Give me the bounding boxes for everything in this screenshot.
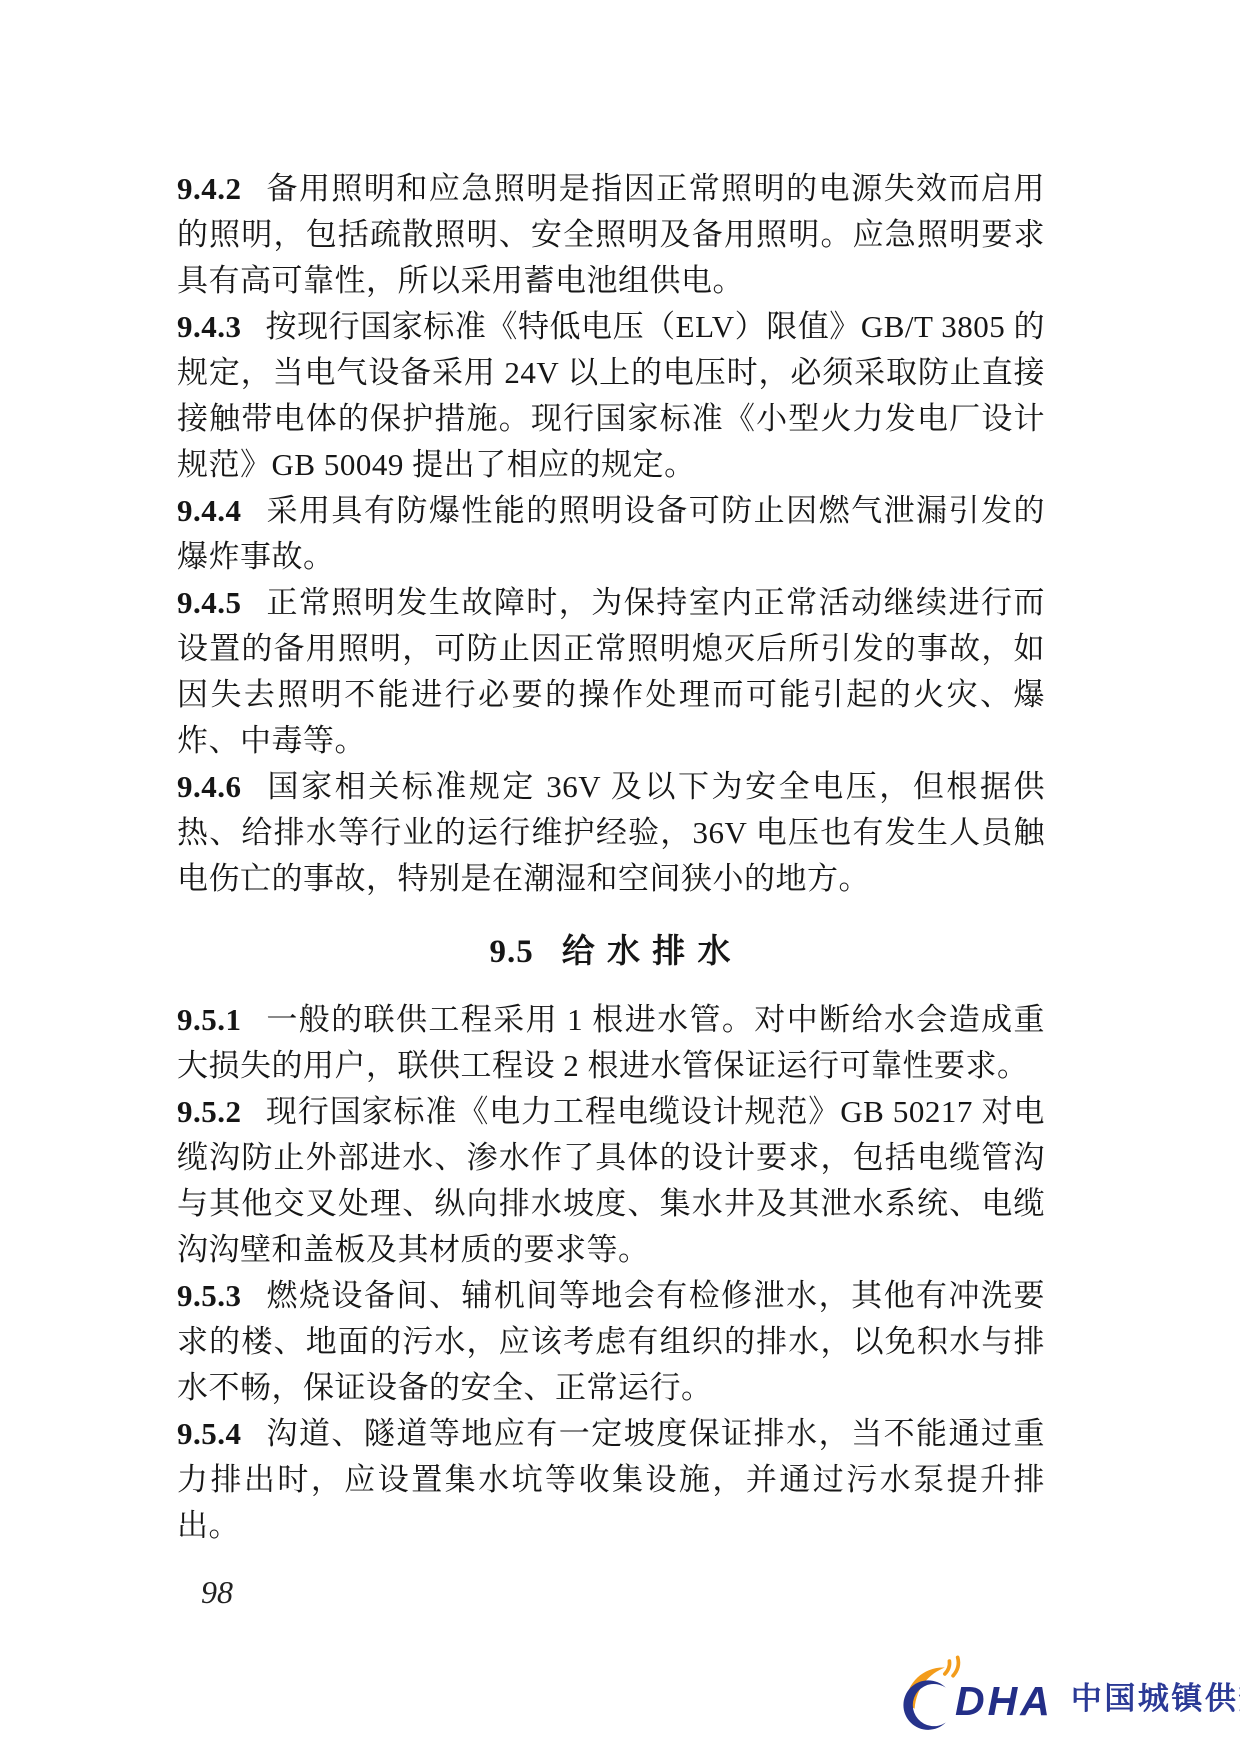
section-heading-9-5: 9.5给 水 排 水 [177, 929, 1045, 976]
clause-text: 现行国家标准《电力工程电缆设计规范》GB 50217 对电缆沟防止外部进水、渗水… [177, 1094, 1045, 1267]
clause-number: 9.4.6 [177, 769, 266, 804]
clause-text: 沟道、隧道等地应有一定坡度保证排水，当不能通过重力排出时，应设置集水坑等收集设施… [177, 1416, 1045, 1543]
clause-number: 9.5.2 [177, 1094, 266, 1129]
page-body: 9.4.2备用照明和应急照明是指因正常照明的电源失效而启用的照明，包括疏散照明、… [177, 166, 1045, 1549]
clause-text: 按现行国家标准《特低电压（ELV）限值》GB/T 3805 的规定，当电气设备采… [177, 309, 1045, 482]
clause-number: 9.5.4 [177, 1416, 266, 1451]
clause-9-4-4: 9.4.4采用具有防爆性能的照明设备可防止因燃气泄漏引发的爆炸事故。 [177, 488, 1045, 580]
clause-number: 9.4.4 [177, 493, 266, 528]
page-number: 98 [201, 1574, 233, 1611]
clause-9-5-2: 9.5.2现行国家标准《电力工程电缆设计规范》GB 50217 对电缆沟防止外部… [177, 1089, 1045, 1273]
clause-9-4-3: 9.4.3按现行国家标准《特低电压（ELV）限值》GB/T 3805 的规定，当… [177, 304, 1045, 488]
association-logo: DHA 中国城镇供热协会 [899, 1655, 1240, 1735]
clause-9-5-4: 9.5.4沟道、隧道等地应有一定坡度保证排水，当不能通过重力排出时，应设置集水坑… [177, 1411, 1045, 1549]
clause-number: 9.5.1 [177, 1002, 266, 1037]
section-heading-number: 9.5 [490, 934, 562, 970]
logo-wave-large [953, 1657, 958, 1675]
clause-number: 9.4.5 [177, 585, 266, 620]
clause-9-4-6: 9.4.6国家相关标准规定 36V 及以下为安全电压，但根据供热、给排水等行业的… [177, 764, 1045, 902]
clause-9-4-5: 9.4.5正常照明发生故障时，为保持室内正常活动继续进行而设置的备用照明，可防止… [177, 580, 1045, 764]
clause-text: 备用照明和应急照明是指因正常照明的电源失效而启用的照明，包括疏散照明、安全照明及… [177, 171, 1045, 298]
clause-9-4-2: 9.4.2备用照明和应急照明是指因正常照明的电源失效而启用的照明，包括疏散照明、… [177, 166, 1045, 304]
document-page: 9.4.2备用照明和应急照明是指因正常照明的电源失效而启用的照明，包括疏散照明、… [0, 0, 1240, 1754]
clause-text: 正常照明发生故障时，为保持室内正常活动继续进行而设置的备用照明，可防止因正常照明… [177, 585, 1045, 758]
clause-text: 一般的联供工程采用 1 根进水管。对中断给水会造成重大损失的用户，联供工程设 2… [177, 1002, 1045, 1083]
clause-text: 国家相关标准规定 36V 及以下为安全电压，但根据供热、给排水等行业的运行维护经… [177, 769, 1045, 896]
clause-number: 9.5.3 [177, 1278, 266, 1313]
clause-text: 燃烧设备间、辅机间等地会有检修泄水，其他有冲洗要求的楼、地面的污水，应该考虑有组… [177, 1278, 1045, 1405]
clause-number: 9.4.3 [177, 309, 266, 344]
clause-text: 采用具有防爆性能的照明设备可防止因燃气泄漏引发的爆炸事故。 [177, 493, 1045, 574]
section-heading-title: 给 水 排 水 [562, 934, 733, 970]
logo-wave-small [945, 1661, 950, 1674]
clause-9-5-1: 9.5.1一般的联供工程采用 1 根进水管。对中断给水会造成重大损失的用户，联供… [177, 997, 1045, 1089]
clause-number: 9.4.2 [177, 171, 266, 206]
logo-abbr-text: DHA [955, 1681, 1053, 1722]
logo-association-name: 中国城镇供热协会 [1071, 1683, 1240, 1714]
clause-9-5-3: 9.5.3燃烧设备间、辅机间等地会有检修泄水，其他有冲洗要求的楼、地面的污水，应… [177, 1273, 1045, 1411]
